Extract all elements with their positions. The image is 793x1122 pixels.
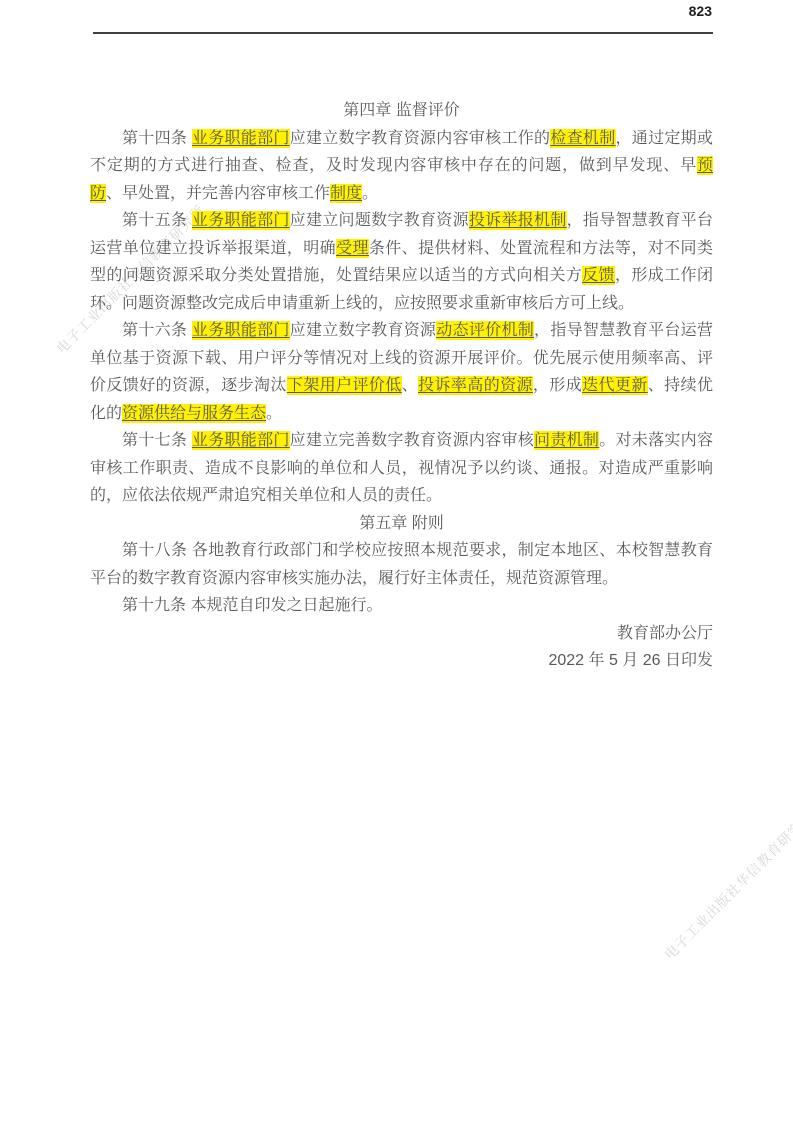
paragraph-text: 应建立数字教育资源 (290, 322, 437, 339)
signature-line: 教育部办公厅 (90, 620, 713, 648)
highlighted-term: 动态评价机制 (436, 321, 534, 340)
highlighted-term: 业务职能部门 (192, 211, 290, 230)
paragraph-text: 第十四条 (122, 130, 192, 147)
chapter-heading: 第五章 附则 (90, 510, 713, 538)
highlighted-term: 资源供给与服务生态 (122, 404, 266, 423)
watermark-text: 电子工业出版社华信教育研究所 (659, 805, 793, 963)
article-paragraph: 第十九条 本规范自印发之日起施行。 (90, 592, 713, 620)
paragraph-text: 应建立完善数字教育资源内容审核 (290, 432, 534, 449)
article-paragraph: 第十七条 业务职能部门应建立完善数字教育资源内容审核问责机制。对未落实内容审核工… (90, 427, 713, 510)
highlighted-term: 业务职能部门 (192, 321, 290, 340)
highlighted-term: 检查机制 (550, 129, 615, 148)
paragraph-text: 。 (266, 405, 282, 422)
article-paragraph: 第十六条 业务职能部门应建立数字教育资源动态评价机制，指导智慧教育平台运营单位基… (90, 317, 713, 427)
document-page: 823 电子工业出版社华信教育研究所 电子工业出版社华信教育研究所 第四章 监督… (0, 0, 793, 1122)
article-body: 第四章 监督评价第十四条 业务职能部门应建立数字教育资源内容审核工作的检查机制，… (90, 97, 713, 675)
highlighted-term: 受理 (336, 239, 369, 258)
paragraph-text: 。 (362, 185, 378, 202)
highlighted-term: 迭代更新 (582, 376, 648, 395)
paragraph-text: 、早处置，并完善内容审核工作 (106, 185, 330, 202)
paragraph-text: 应建立数字教育资源内容审核工作的 (290, 130, 551, 147)
page-number: 823 (0, 3, 712, 19)
highlighted-term: 反馈 (582, 266, 615, 285)
highlighted-term: 制度 (330, 184, 362, 203)
highlighted-term: 投诉举报机制 (469, 211, 567, 230)
paragraph-text: 第十九条 本规范自印发之日起施行。 (122, 597, 382, 614)
paragraph-text: 、 (402, 377, 418, 394)
article-paragraph: 第十五条 业务职能部门应建立问题数字教育资源投诉举报机制，指导智慧教育平台运营单… (90, 207, 713, 317)
article-paragraph: 第十八条 各地教育行政部门和学校应按照本规范要求，制定本地区、本校智慧教育平台的… (90, 537, 713, 592)
highlighted-term: 问责机制 (534, 431, 599, 450)
paragraph-text: ，形成 (533, 377, 582, 394)
signature-line: 2022 年 5 月 26 日印发 (90, 647, 713, 675)
chapter-heading: 第四章 监督评价 (90, 97, 713, 125)
paragraph-text: 第十七条 (122, 432, 192, 449)
highlighted-term: 投诉率高的资源 (418, 376, 533, 395)
paragraph-text: 第十五条 (122, 212, 192, 229)
highlighted-term: 业务职能部门 (192, 129, 290, 148)
paragraph-text: 应建立问题数字教育资源 (290, 212, 469, 229)
paragraph-text: 第十六条 (122, 322, 192, 339)
highlighted-term: 下架用户评价低 (287, 376, 402, 395)
article-paragraph: 第十四条 业务职能部门应建立数字教育资源内容审核工作的检查机制，通过定期或不定期… (90, 125, 713, 208)
header-rule (93, 32, 713, 34)
highlighted-term: 业务职能部门 (192, 431, 290, 450)
paragraph-text: 第十八条 各地教育行政部门和学校应按照本规范要求，制定本地区、本校智慧教育平台的… (90, 542, 713, 587)
